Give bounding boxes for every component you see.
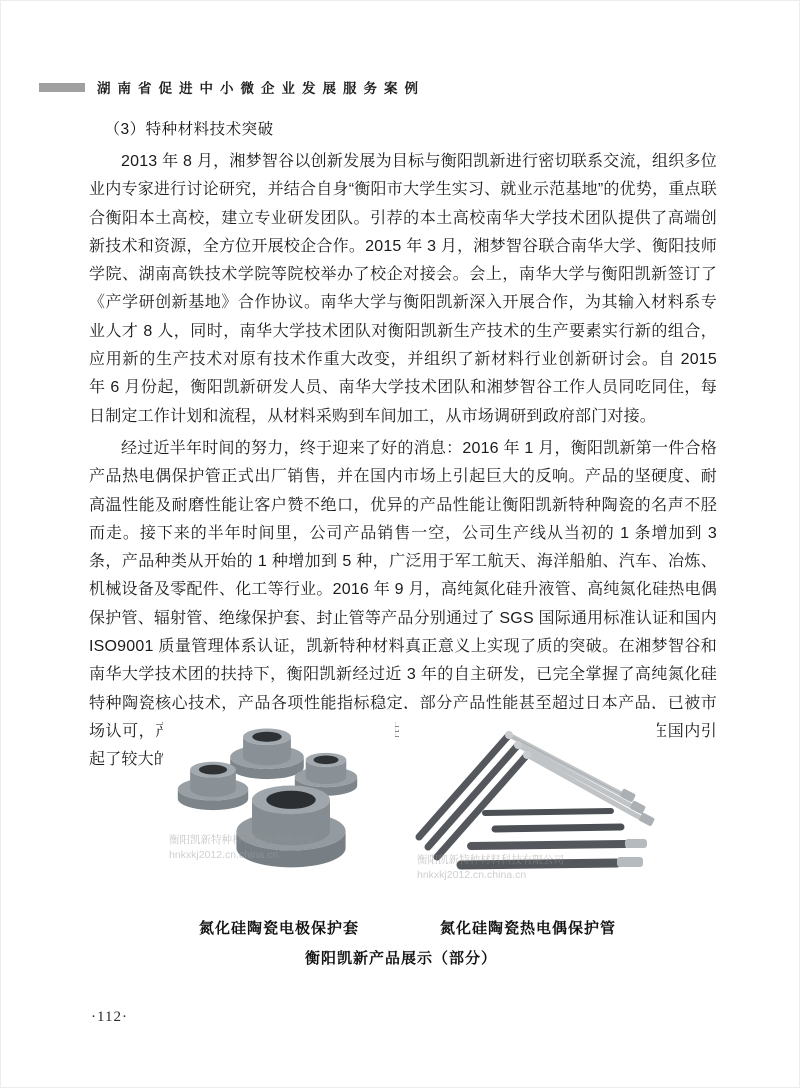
page-number: ·112·	[91, 1009, 128, 1026]
header-bar-decoration	[39, 83, 85, 92]
caption-electrode-sleeves: 氮化硅陶瓷电极保护套	[163, 917, 395, 938]
main-content: （3）特种材料技术突破 2013 年 8 月，湘梦智谷以创新发展为目标与衡阳凯新…	[89, 116, 717, 775]
figure-captions: 氮化硅陶瓷电极保护套 氮化硅陶瓷热电偶保护管	[1, 917, 800, 939]
header-title: 湖南省促进中小微企业发展服务案例	[97, 77, 425, 97]
page-header: 湖南省促进中小微企业发展服务案例	[39, 77, 739, 97]
body-paragraph-1: 2013 年 8 月，湘梦智谷以创新发展为目标与衡阳凯新进行密切联系交流，组织多…	[89, 148, 717, 431]
caption-products-showcase: 衡阳凯新产品展示（部分）	[1, 947, 800, 968]
caption-thermocouple-tubes: 氮化硅陶瓷热电偶保护管	[399, 917, 657, 938]
ceramic-rings-illustration	[163, 713, 395, 885]
figure-thermocouple-tubes: 衡阳凯新特种材料科技有限公司 hnkxkj2012.cn.china.cn	[399, 709, 657, 895]
tubes-illustration	[399, 709, 657, 895]
figure-electrode-sleeves: 衡阳凯新特种材料科技有限公司 hnkxkj2012.cn.china.cn	[163, 713, 395, 885]
section-heading: （3）特种材料技术突破	[89, 116, 717, 144]
document-page: 湖南省促进中小微企业发展服务案例 （3）特种材料技术突破 2013 年 8 月，…	[0, 0, 800, 1088]
